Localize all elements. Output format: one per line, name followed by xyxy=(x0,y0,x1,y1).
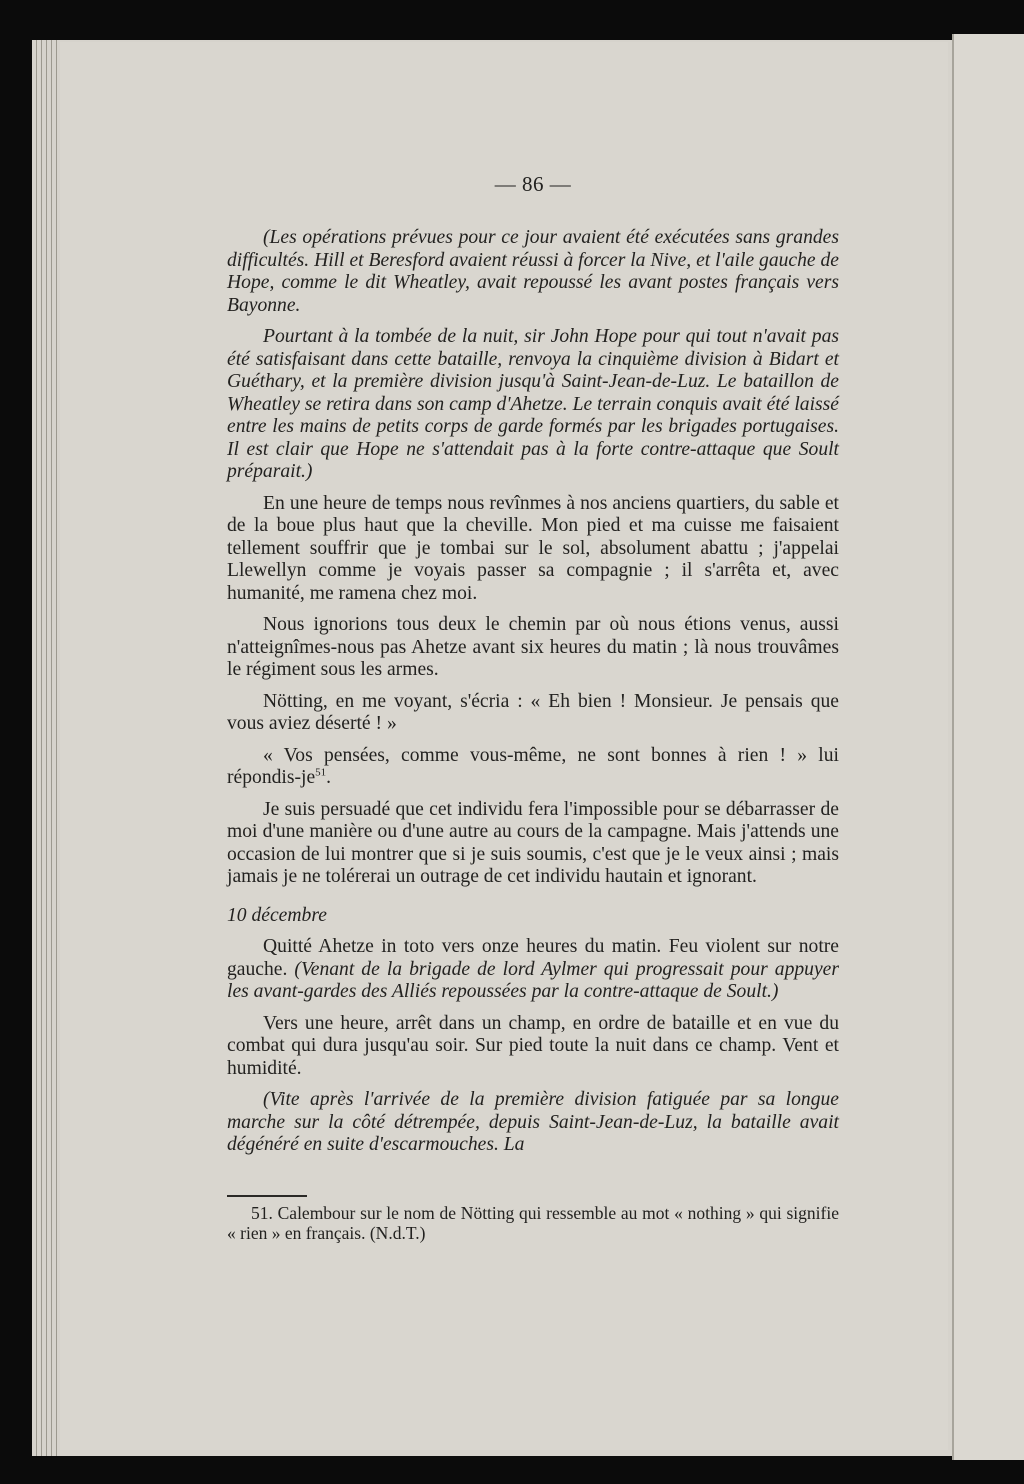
paragraph: « Vos pensées, comme vous-même, ne sont … xyxy=(227,745,839,790)
page-number: — 86 — xyxy=(227,172,839,197)
page-edge-line xyxy=(56,40,57,1456)
paragraph: Je suis persuadé que cet individu fera l… xyxy=(227,799,839,889)
footnote-divider xyxy=(227,1195,307,1197)
adjacent-page xyxy=(952,34,1024,1460)
paragraph: (Vite après l'arrivée de la première div… xyxy=(227,1089,839,1157)
paragraph: En une heure de temps nous revînmes à no… xyxy=(227,493,839,606)
paragraph-end: . xyxy=(326,767,331,788)
paragraph: Vers une heure, arrêt dans un champ, en … xyxy=(227,1013,839,1081)
paragraph: Quitté Ahetze in toto vers onze heures d… xyxy=(227,936,839,1004)
page-edge-line xyxy=(51,40,52,1456)
paragraph: Pourtant à la tombée de la nuit, sir Joh… xyxy=(227,326,839,484)
paragraph: Nous ignorions tous deux le chemin par o… xyxy=(227,614,839,682)
paragraph-italic-note: (Venant de la brigade de lord Aylmer qui… xyxy=(227,959,839,1003)
page-content: — 86 — (Les opérations prévues pour ce j… xyxy=(227,172,839,1243)
date-heading: 10 décembre xyxy=(227,905,839,928)
footnote: 51. Calembour sur le nom de Nötting qui … xyxy=(227,1203,839,1243)
page-edge-line xyxy=(41,40,42,1456)
footnote-reference: 51 xyxy=(315,766,326,778)
page-edge-line xyxy=(36,40,37,1456)
paragraph: Nötting, en me voyant, s'écria : « Eh bi… xyxy=(227,691,839,736)
paragraph: (Les opérations prévues pour ce jour ava… xyxy=(227,227,839,317)
page-edge-line xyxy=(46,40,47,1456)
